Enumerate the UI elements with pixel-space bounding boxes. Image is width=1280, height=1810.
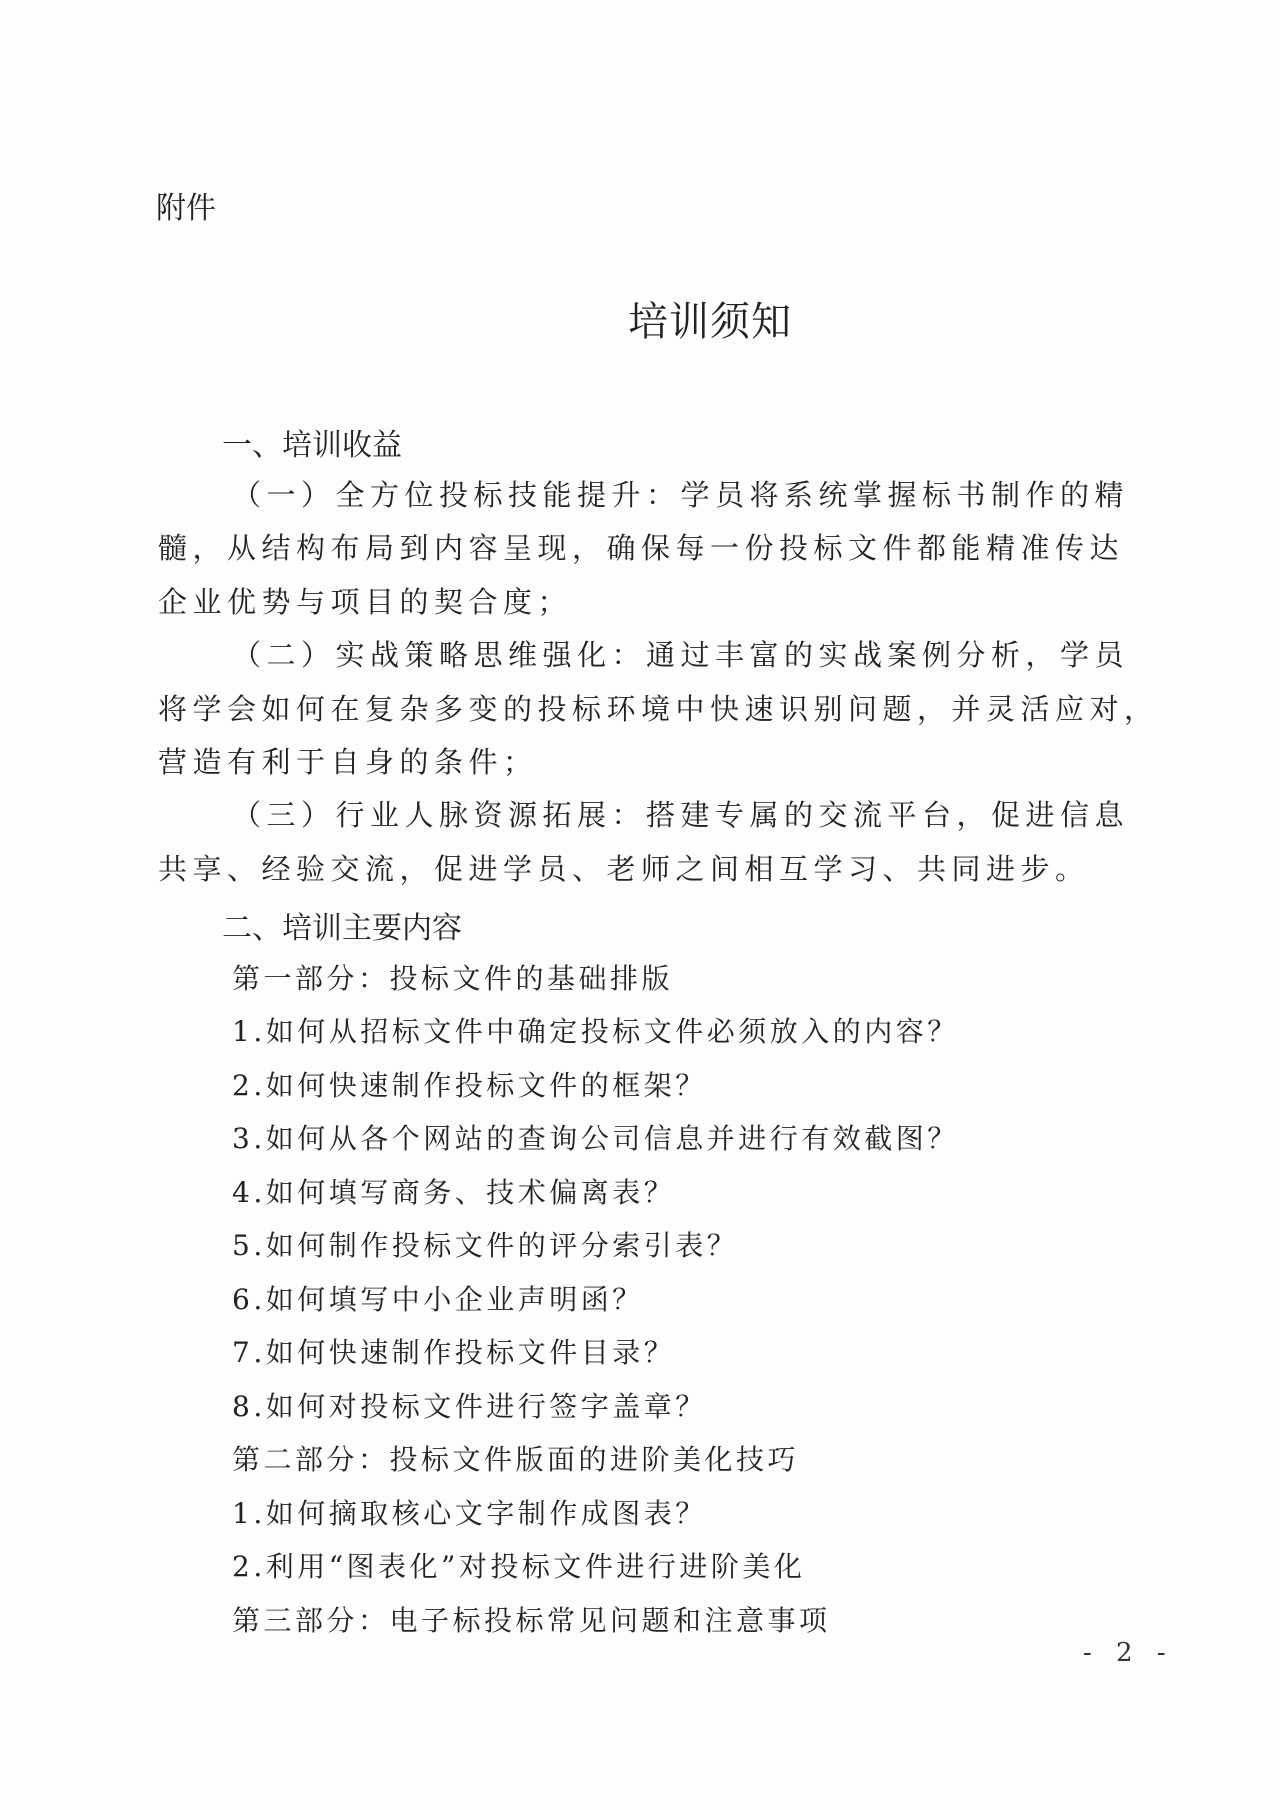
paragraph-line: 将学会如何在复杂多变的投标环境中快速识别问题，并灵活应对，: [158, 687, 1159, 728]
list-item: 5.如何制作投标文件的评分索引表？: [232, 1224, 738, 1264]
part-title: 第三部分：电子标投标常见问题和注意事项: [232, 1599, 831, 1639]
paragraph-line: 营造有利于自身的条件；: [158, 740, 538, 781]
part-title: 第一部分：投标文件的基础排版: [232, 957, 673, 997]
paragraph-line: 髓，从结构布局到内容呈现，确保每一份投标文件都能精准传达: [158, 526, 1124, 567]
list-item: 6.如何填写中小企业声明函？: [232, 1278, 644, 1318]
document-page: 附件 培训须知 一、培训收益 （一）全方位投标技能提升：学员将系统掌握标书制作的…: [0, 0, 1280, 1810]
list-item: 1.如何摘取核心文字制作成图表？: [232, 1492, 707, 1532]
paragraph-line: 共享、经验交流，促进学员、老师之间相互学习、共同进步。: [158, 847, 1090, 888]
list-item: 4.如何填写商务、技术偏离表？: [232, 1171, 675, 1211]
section-heading-content: 二、培训主要内容: [222, 903, 462, 947]
list-item: 8.如何对投标文件进行签字盖章？: [232, 1385, 707, 1425]
list-item: 2.利用“图表化”对投标文件进行进阶美化: [232, 1545, 805, 1585]
paragraph-line: （二）实战策略思维强化：通过丰富的实战案例分析，学员: [232, 633, 1129, 674]
part-title: 第二部分：投标文件版面的进阶美化技巧: [232, 1438, 799, 1478]
page-number: - 2 -: [1083, 1638, 1174, 1668]
paragraph-line: （一）全方位投标技能提升：学员将系统掌握标书制作的精: [232, 473, 1129, 514]
paragraph-line: （三）行业人脉资源拓展：搭建专属的交流平台，促进信息: [232, 793, 1129, 834]
section-heading-benefits: 一、培训收益: [222, 420, 402, 464]
document-title: 培训须知: [0, 290, 1280, 347]
list-item: 3.如何从各个网站的查询公司信息并进行有效截图？: [232, 1117, 959, 1157]
list-item: 7.如何快速制作投标文件目录？: [232, 1331, 675, 1371]
attachment-label: 附件: [156, 183, 216, 227]
paragraph-line: 企业优势与项目的契合度；: [158, 580, 572, 621]
list-item: 1.如何从招标文件中确定投标文件必须放入的内容？: [232, 1010, 959, 1050]
list-item: 2.如何快速制作投标文件的框架？: [232, 1064, 707, 1104]
